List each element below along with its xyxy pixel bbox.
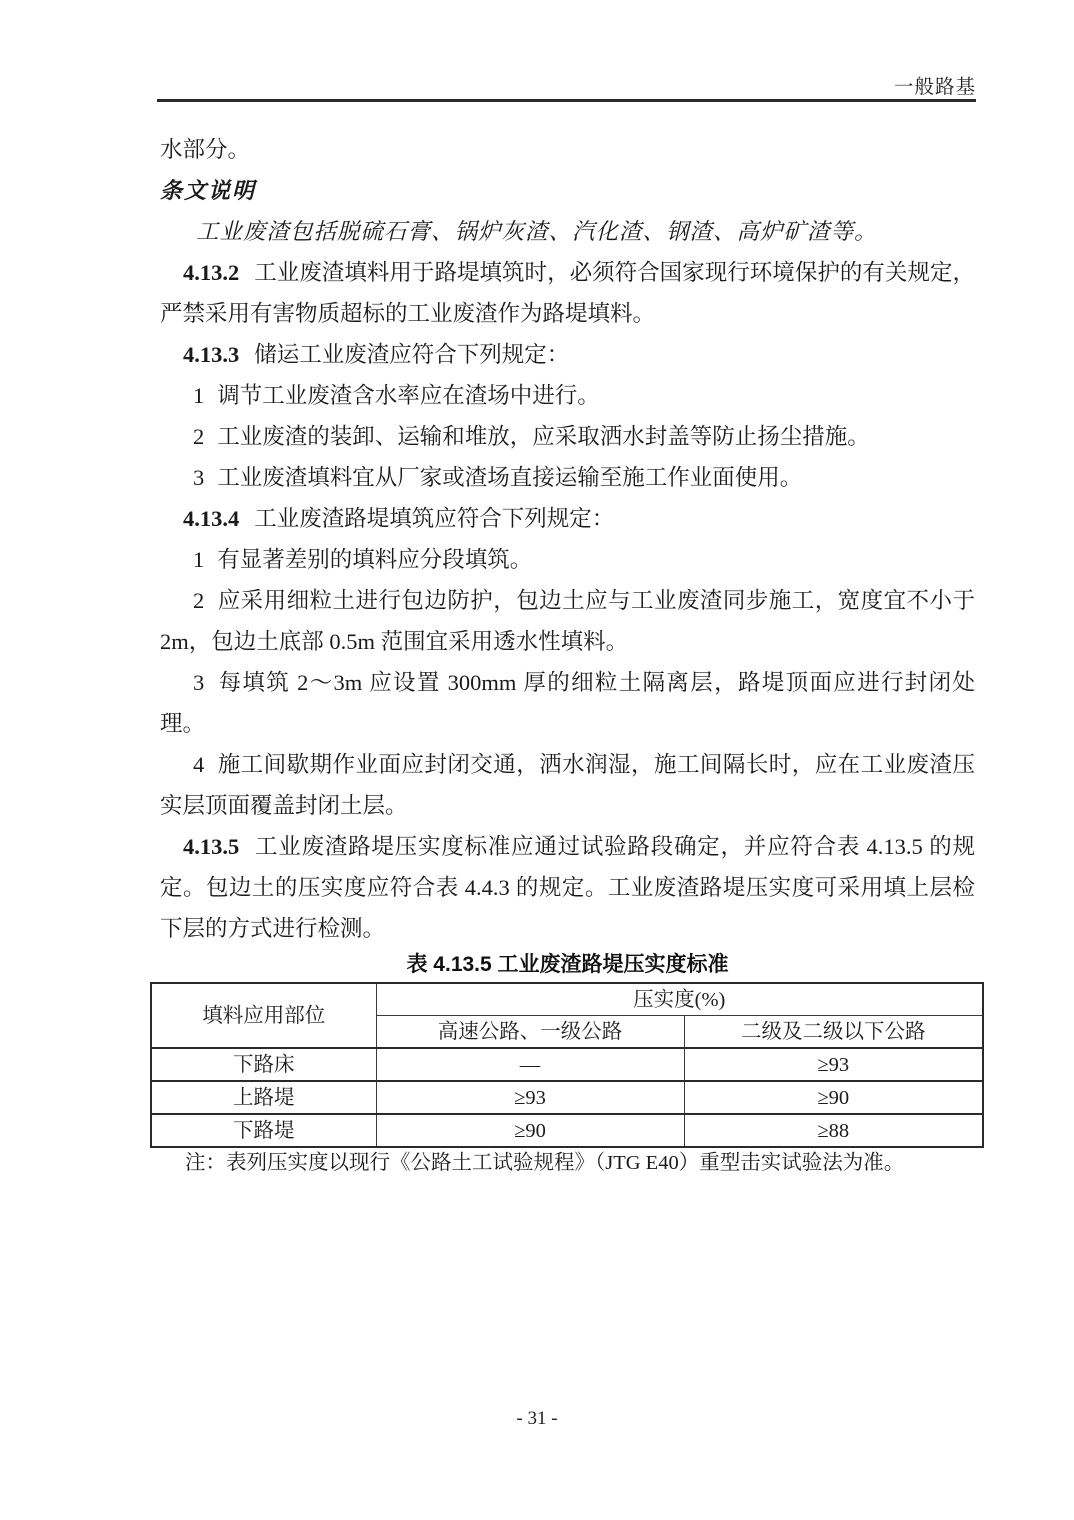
table-note: 注：表列压实度以现行《公路土工试验规程》（JTG E40）重型击实试验法为准。 <box>160 1148 975 1178</box>
clause-number: 4.13.2 <box>183 260 239 285</box>
item-number: 4 <box>193 752 204 777</box>
commentary-heading: 条文说明 <box>160 170 975 211</box>
item-text: 每填筑 2～3m 应设置 300mm 厚的细粒土隔离层，路堤顶面应进行封闭处理。 <box>160 670 975 736</box>
item-number: 1 <box>193 547 204 572</box>
list-item: 3每填筑 2～3m 应设置 300mm 厚的细粒土隔离层，路堤顶面应进行封闭处理… <box>160 662 975 744</box>
paragraph-continuation: 水部分。 <box>160 129 975 170</box>
clause-text: 工业废渣路堤压实度标准应通过试验路段确定，并应符合表 4.13.5 的规定。包边… <box>160 834 975 941</box>
clause-4-13-5: 4.13.5工业废渣路堤压实度标准应通过试验路段确定，并应符合表 4.13.5 … <box>160 826 975 949</box>
clause-number: 4.13.3 <box>183 342 239 367</box>
item-text: 调节工业废渣含水率应在渣场中进行。 <box>217 383 600 408</box>
cell-value: — <box>376 1048 684 1081</box>
item-text: 有显著差别的填料应分段填筑。 <box>217 547 532 572</box>
cell-value: ≥88 <box>684 1114 983 1147</box>
item-text: 施工间歇期作业面应封闭交通，洒水润湿，施工间隔长时，应在工业废渣压实层顶面覆盖封… <box>160 752 975 818</box>
list-item: 4施工间歇期作业面应封闭交通，洒水润湿，施工间隔长时，应在工业废渣压实层顶面覆盖… <box>160 744 975 826</box>
clause-text: 工业废渣填料用于路堤填筑时，必须符合国家现行环境保护的有关规定，严禁采用有害物质… <box>160 260 975 326</box>
cell-part: 下路堤 <box>151 1114 376 1147</box>
item-number: 1 <box>193 383 204 408</box>
table-row: 下路床 — ≥93 <box>151 1048 983 1081</box>
cell-part: 下路床 <box>151 1048 376 1081</box>
cell-value: ≥93 <box>376 1081 684 1114</box>
document-page: 一般路基 水部分。 条文说明 工业废渣包括脱硫石膏、锅炉灰渣、汽化渣、钢渣、高炉… <box>0 0 1074 1520</box>
cell-part: 上路堤 <box>151 1081 376 1114</box>
clause-text: 储运工业废渣应符合下列规定： <box>254 342 569 367</box>
cell-value: ≥90 <box>376 1114 684 1147</box>
clause-text: 工业废渣路堤填筑应符合下列规定： <box>254 506 614 531</box>
item-text: 工业废渣填料宜从厂家或渣场直接运输至施工作业面使用。 <box>217 465 802 490</box>
col-header-class2-below: 二级及二级以下公路 <box>684 1016 983 1049</box>
clause-4-13-3: 4.13.3储运工业废渣应符合下列规定： <box>160 334 975 375</box>
col-header-material-part: 填料应用部位 <box>151 983 376 1048</box>
list-item: 3工业废渣填料宜从厂家或渣场直接运输至施工作业面使用。 <box>160 457 975 498</box>
item-text: 工业废渣的装卸、运输和堆放，应采取洒水封盖等防止扬尘措施。 <box>217 424 870 449</box>
compaction-standard-table: 填料应用部位 压实度(%) 高速公路、一级公路 二级及二级以下公路 下路床 — … <box>150 982 984 1148</box>
page-number: - 31 - <box>516 1408 557 1429</box>
commentary-text: 工业废渣包括脱硫石膏、锅炉灰渣、汽化渣、钢渣、高炉矿渣等。 <box>160 211 975 252</box>
table-title: 表 4.13.5 工业废渣路堤压实度标准 <box>160 951 975 979</box>
item-number: 3 <box>193 670 204 695</box>
list-item: 2工业废渣的装卸、运输和堆放，应采取洒水封盖等防止扬尘措施。 <box>160 416 975 457</box>
clause-4-13-2: 4.13.2工业废渣填料用于路堤填筑时，必须符合国家现行环境保护的有关规定，严禁… <box>160 252 975 334</box>
clause-number: 4.13.5 <box>183 834 239 859</box>
page-footer: - 31 - <box>0 1408 1074 1430</box>
clause-number: 4.13.4 <box>183 506 239 531</box>
page-body: 水部分。 条文说明 工业废渣包括脱硫石膏、锅炉灰渣、汽化渣、钢渣、高炉矿渣等。 … <box>160 129 975 1178</box>
header-rule <box>157 99 976 102</box>
item-number: 2 <box>193 424 204 449</box>
item-number: 2 <box>193 588 204 613</box>
table-row: 上路堤 ≥93 ≥90 <box>151 1081 983 1114</box>
col-header-compaction-degree: 压实度(%) <box>376 983 983 1016</box>
col-header-expressway: 高速公路、一级公路 <box>376 1016 684 1049</box>
table-row: 下路堤 ≥90 ≥88 <box>151 1114 983 1147</box>
list-item: 2应采用细粒土进行包边防护，包边土应与工业废渣同步施工，宽度宜不小于 2m，包边… <box>160 580 975 662</box>
cell-value: ≥93 <box>684 1048 983 1081</box>
running-head: 一般路基 <box>894 71 976 99</box>
item-number: 3 <box>193 465 204 490</box>
table-header-row-1: 填料应用部位 压实度(%) <box>151 983 983 1016</box>
list-item: 1有显著差别的填料应分段填筑。 <box>160 539 975 580</box>
clause-4-13-4: 4.13.4工业废渣路堤填筑应符合下列规定： <box>160 498 975 539</box>
list-item: 1调节工业废渣含水率应在渣场中进行。 <box>160 375 975 416</box>
item-text: 应采用细粒土进行包边防护，包边土应与工业废渣同步施工，宽度宜不小于 2m，包边土… <box>160 588 975 654</box>
cell-value: ≥90 <box>684 1081 983 1114</box>
